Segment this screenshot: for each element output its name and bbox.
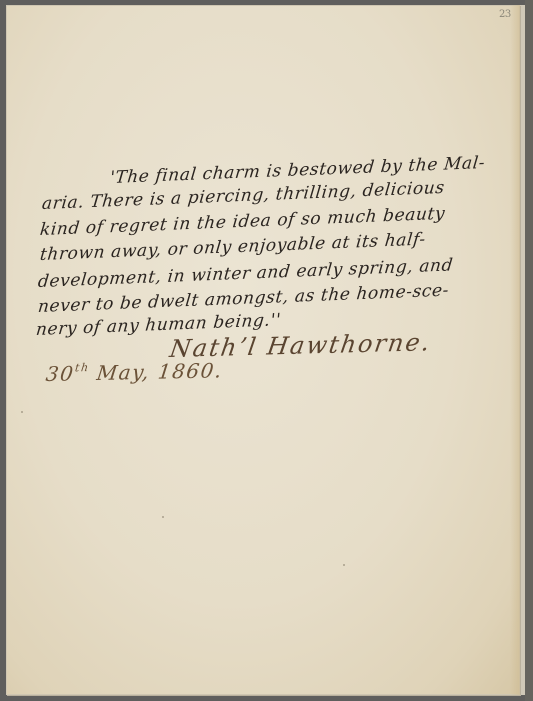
date-day: 30 — [45, 361, 76, 386]
paper-speck — [162, 516, 164, 518]
paper-speck — [343, 564, 345, 566]
page-number: 23 — [499, 9, 511, 20]
scan-border — [525, 0, 533, 701]
date-line: 30th May, 1860. — [45, 358, 225, 386]
date-month-year: May, 1860. — [88, 358, 225, 385]
paper-speck — [21, 411, 23, 413]
